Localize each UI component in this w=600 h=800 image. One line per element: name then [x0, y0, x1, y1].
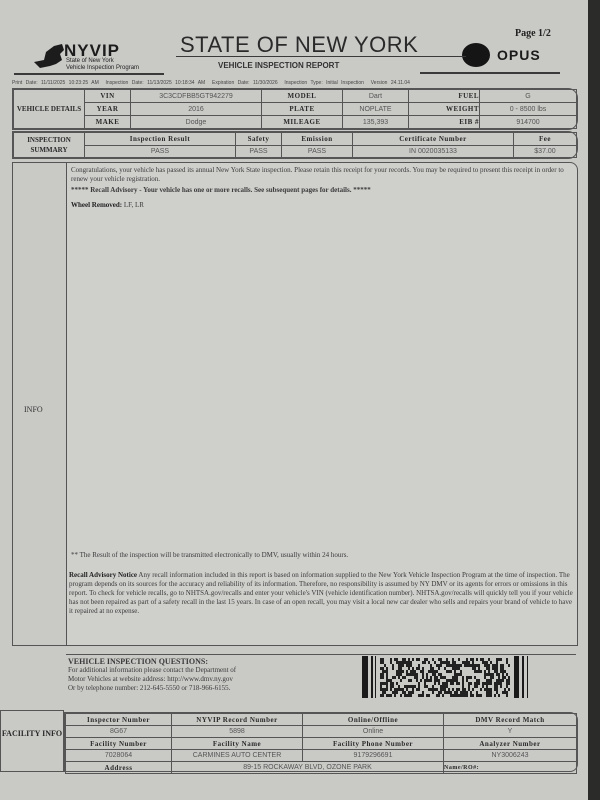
pdf417-barcode	[362, 656, 532, 698]
inspector-number-value: 8G67	[66, 726, 172, 738]
address-value: 89-15 ROCKAWAY BLVD, OZONE PARK	[172, 762, 444, 774]
plate-value: NOPLATE	[343, 103, 409, 116]
fuel-value: G	[480, 90, 577, 103]
fee-value: $37.00	[514, 145, 577, 158]
plate-label: PLATE	[262, 103, 343, 116]
mileage-label: MILEAGE	[262, 116, 343, 129]
eib-value: 914700	[480, 116, 577, 129]
facility-number-header: Facility Number	[66, 738, 172, 750]
online-offline-value: Online	[303, 726, 444, 738]
model-value: Dart	[343, 90, 409, 103]
facility-section: Inspector Number NYVIP Record Number Onl…	[64, 712, 578, 772]
facility-name-value: CARMINES AUTO CENTER	[172, 750, 303, 762]
opus-logo-text: OPUS	[497, 47, 541, 63]
header-rule-right	[420, 72, 560, 74]
emission-value: PASS	[282, 145, 353, 158]
vehicle-details-label: VEHICLE DETAILS	[14, 90, 85, 129]
background-edge	[588, 0, 600, 800]
year-label: YEAR	[85, 103, 131, 116]
vehicle-details-section: VEHICLE DETAILS VIN 3C3CDFBB5GT942279 MO…	[12, 88, 578, 130]
model-label: MODEL	[262, 90, 343, 103]
facility-info-label: FACILITY INFO	[1, 729, 63, 739]
inspection-summary-section: INSPECTION SUMMARY Inspection Result Saf…	[12, 131, 578, 159]
year-value: 2016	[131, 103, 262, 116]
eib-label: EIB #	[409, 116, 480, 129]
mileage-value: 135,393	[343, 116, 409, 129]
date-bar: Print Date: 11/11/2025 10:23:25 AM Inspe…	[12, 80, 410, 86]
dmv-record-match-value: Y	[444, 726, 577, 738]
analyzer-number-value: NY3006243	[444, 750, 577, 762]
nyvip-logo-subtitle: State of New York Vehicle Inspection Pro…	[66, 58, 139, 72]
fuel-label: FUEL	[409, 90, 480, 103]
vin-label: VIN	[85, 90, 131, 103]
make-label: MAKE	[85, 116, 131, 129]
opus-logo-icon	[462, 43, 490, 67]
emission-header: Emission	[282, 133, 353, 146]
facility-phone-header: Facility Phone Number	[303, 738, 444, 750]
vin-value: 3C3CDFBB5GT942279	[131, 90, 262, 103]
inspection-result-header: Inspection Result	[85, 133, 236, 146]
weight-label: WEIGHT	[409, 103, 480, 116]
weight-value: 0 - 8500 lbs	[480, 103, 577, 116]
header-rule-mid	[176, 56, 466, 57]
certificate-header: Certificate Number	[353, 133, 514, 146]
address-label: Address	[66, 762, 172, 774]
name-ro-label: Name/RO#:	[444, 762, 577, 774]
recall-advisory-line: ***** Recall Advisory - Your vehicle has…	[71, 186, 571, 195]
header-rule-left	[14, 73, 164, 75]
page-number: Page 1/2	[515, 28, 551, 39]
info-panel: Congratulations, your vehicle has passed…	[66, 162, 578, 646]
dmv-transmit-note: ** The Result of the inspection will be …	[71, 551, 571, 560]
congrats-text: Congratulations, your vehicle has passed…	[71, 166, 571, 184]
inspection-result-value: PASS	[85, 145, 236, 158]
make-value: Dodge	[131, 116, 262, 129]
safety-value: PASS	[236, 145, 282, 158]
facility-number-value: 7028064	[66, 750, 172, 762]
recall-notice: Recall Advisory Notice Any recall inform…	[69, 571, 573, 616]
info-side-panel	[12, 162, 68, 646]
report-subtitle: VEHICLE INSPECTION REPORT	[218, 61, 339, 70]
nyvip-record-value: 5898	[172, 726, 303, 738]
dmv-record-match-header: DMV Record Match	[444, 714, 577, 726]
safety-header: Safety	[236, 133, 282, 146]
nyvip-record-header: NYVIP Record Number	[172, 714, 303, 726]
facility-info-side: FACILITY INFO	[0, 710, 64, 772]
inspection-summary-label: INSPECTION SUMMARY	[14, 133, 85, 158]
facility-phone-value: 9179296691	[303, 750, 444, 762]
inspector-number-header: Inspector Number	[66, 714, 172, 726]
info-label: INFO	[24, 405, 43, 414]
facility-name-header: Facility Name	[172, 738, 303, 750]
page-title: STATE OF NEW YORK	[180, 32, 418, 58]
certificate-value: IN 0020035133	[353, 145, 514, 158]
wheel-removed: Wheel Removed: LF, LR	[71, 201, 571, 210]
online-offline-header: Online/Offline	[303, 714, 444, 726]
fee-header: Fee	[514, 133, 577, 146]
inspection-report-page: NYVIP State of New York Vehicle Inspecti…	[0, 0, 588, 800]
analyzer-number-header: Analyzer Number	[444, 738, 577, 750]
